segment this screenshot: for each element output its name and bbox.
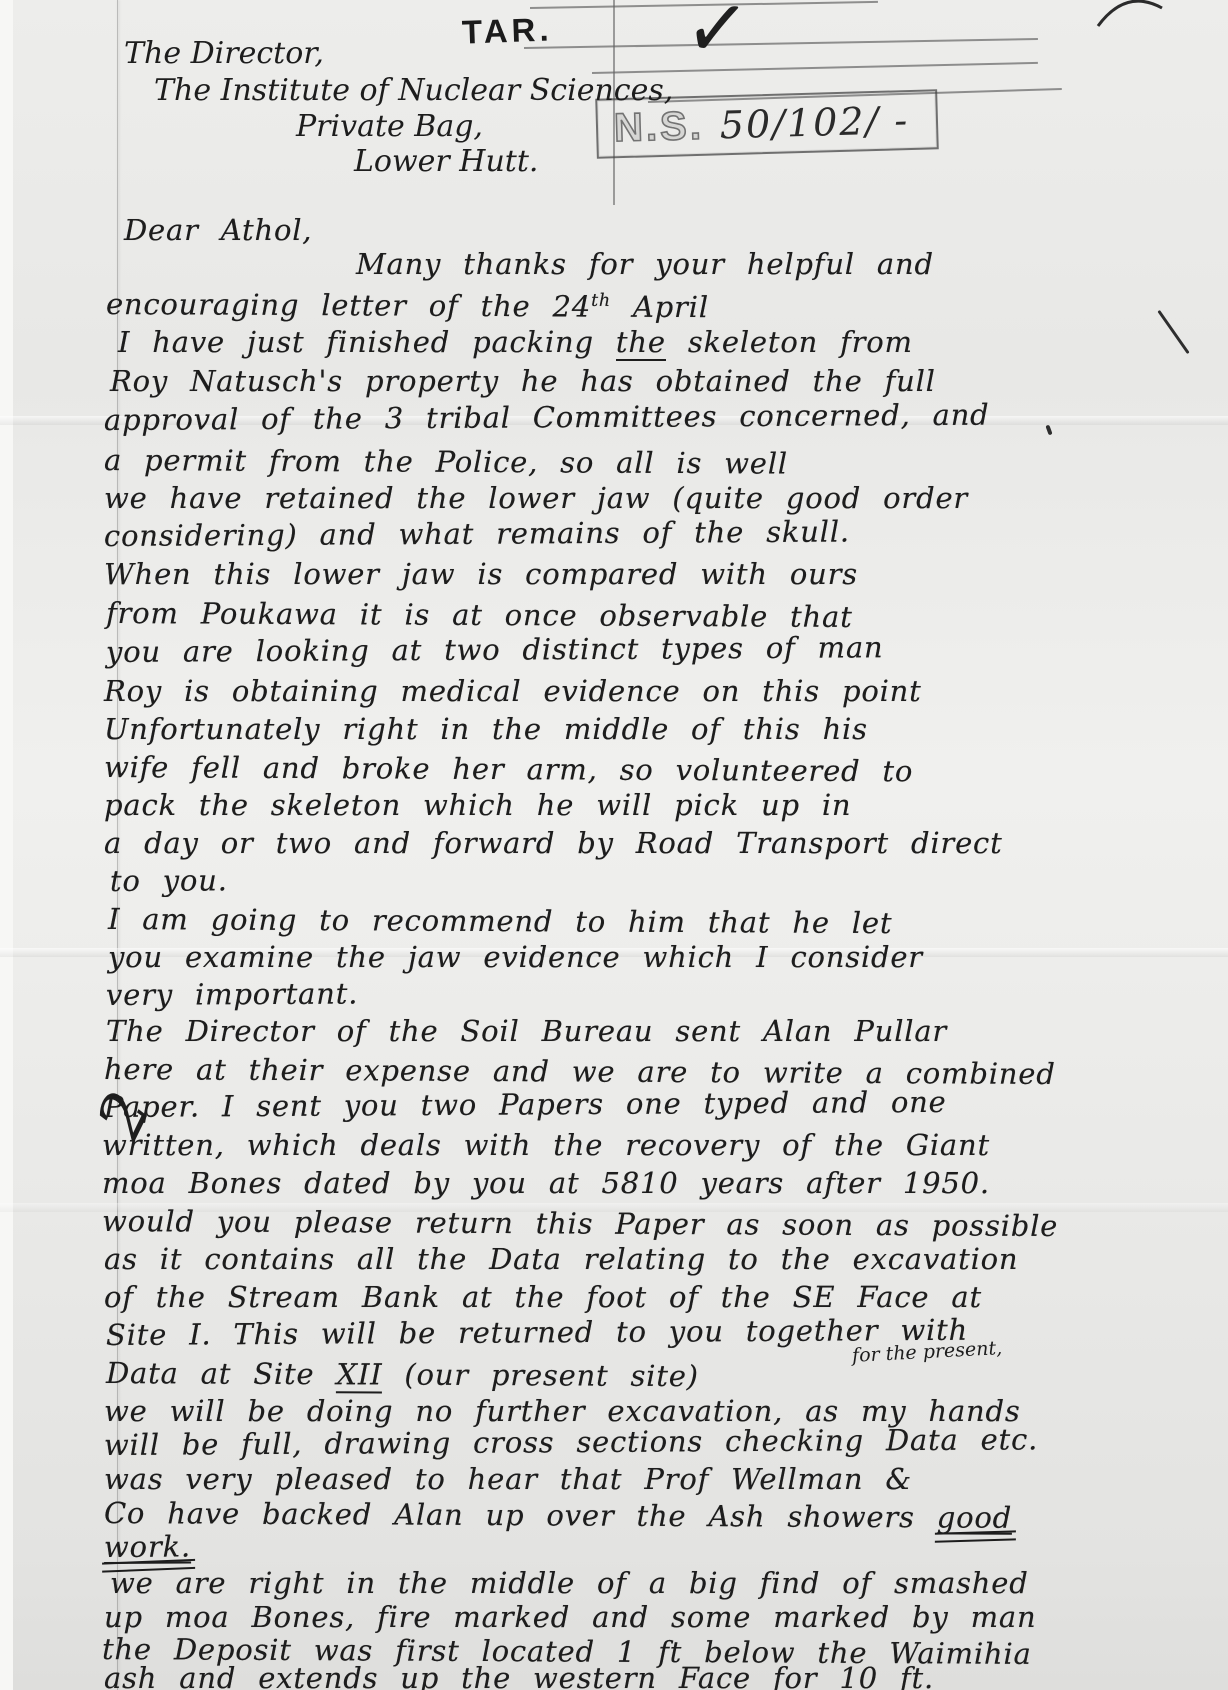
stamp-prefix: N.S. — [613, 103, 704, 150]
letter-line: will be full, drawing cross sections che… — [104, 1422, 1038, 1462]
stamp-number: 50/102/ - — [719, 98, 910, 147]
stray-pen-curve — [1096, 0, 1166, 30]
letter-line: When this lower jaw is compared with our… — [104, 557, 858, 591]
letter-line: considering) and what remains of the sku… — [104, 514, 850, 553]
letter-line: I am going to recommend to him that he l… — [108, 902, 893, 940]
letter-line: moa Bones dated by you at 5810 years aft… — [102, 1166, 990, 1200]
letter-line: written, which deals with the recovery o… — [102, 1128, 990, 1162]
letter-line: pack the skeleton which he will pick up … — [104, 788, 851, 822]
letter-line: from Poukawa it is at once observable th… — [106, 596, 853, 634]
letter-line: Unfortunately right in the middle of thi… — [104, 712, 868, 746]
letter-line: up moa Bones, fire marked and some marke… — [104, 1600, 1036, 1634]
letter-line: Site I. This will be returned to you tog… — [106, 1313, 968, 1352]
letter-line: Co have backed Alan up over the Ash show… — [104, 1496, 1012, 1535]
letter-page: TAR. ✓ N.S. 50/102/ - The Director, The … — [0, 0, 1228, 1690]
letter-line: encouraging letter of the 24th April — [106, 287, 709, 324]
letter-line: work. — [104, 1529, 191, 1564]
stray-pen-mark — [1045, 425, 1052, 436]
address-line: The Director, — [124, 36, 324, 71]
letter-line: I have just finished packing the skeleto… — [118, 325, 913, 359]
letter-line: Paper. I sent you two Papers one typed a… — [104, 1085, 947, 1124]
letter-line: you examine the jaw evidence which I con… — [108, 940, 923, 974]
letter-line: we have retained the lower jaw (quite go… — [104, 481, 968, 515]
scan-edge-strip — [0, 0, 13, 1690]
letter-line: Roy Natusch's property he has obtained t… — [110, 364, 936, 398]
routing-initials: TAR. — [461, 10, 553, 51]
letter-line: was very pleased to hear that Prof Wellm… — [104, 1462, 912, 1496]
address-line: The Institute of Nuclear Sciences, — [154, 73, 673, 108]
letter-line: approval of the 3 tribal Committees conc… — [104, 398, 990, 437]
letter-line: Data at Site XII (our present site) — [106, 1356, 699, 1393]
pencil-line — [524, 38, 1038, 49]
letter-line: Roy is obtaining medical evidence on thi… — [104, 674, 922, 708]
salutation: Dear Athol, — [124, 213, 312, 247]
address-line: Private Bag, — [296, 109, 483, 144]
letter-line: ash and extends up the western Face for … — [104, 1661, 934, 1690]
stray-pen-stroke — [1157, 310, 1189, 354]
letter-line: we are right in the middle of a big find… — [110, 1566, 1029, 1600]
letter-line: you are looking at two distinct types of… — [106, 630, 884, 669]
checkmark-icon: ✓ — [680, 0, 754, 82]
letter-line: a day or two and forward by Road Transpo… — [104, 826, 1003, 860]
letter-line: to you. — [110, 863, 228, 898]
letter-line: a permit from the Police, so all is well — [104, 443, 788, 481]
letter-line: of the Stream Bank at the foot of the SE… — [104, 1280, 982, 1314]
letter-line: wife fell and broke her arm, so voluntee… — [104, 750, 913, 788]
address-line: Lower Hutt. — [354, 144, 538, 179]
letter-line: as it contains all the Data relating to … — [104, 1242, 1018, 1276]
letter-line: very important. — [106, 976, 358, 1012]
letter-line: The Director of the Soil Bureau sent Ala… — [106, 1014, 947, 1048]
letter-line: would you please return this Paper as so… — [102, 1204, 1058, 1243]
letter-line: Many thanks for your helpful and — [356, 247, 934, 281]
